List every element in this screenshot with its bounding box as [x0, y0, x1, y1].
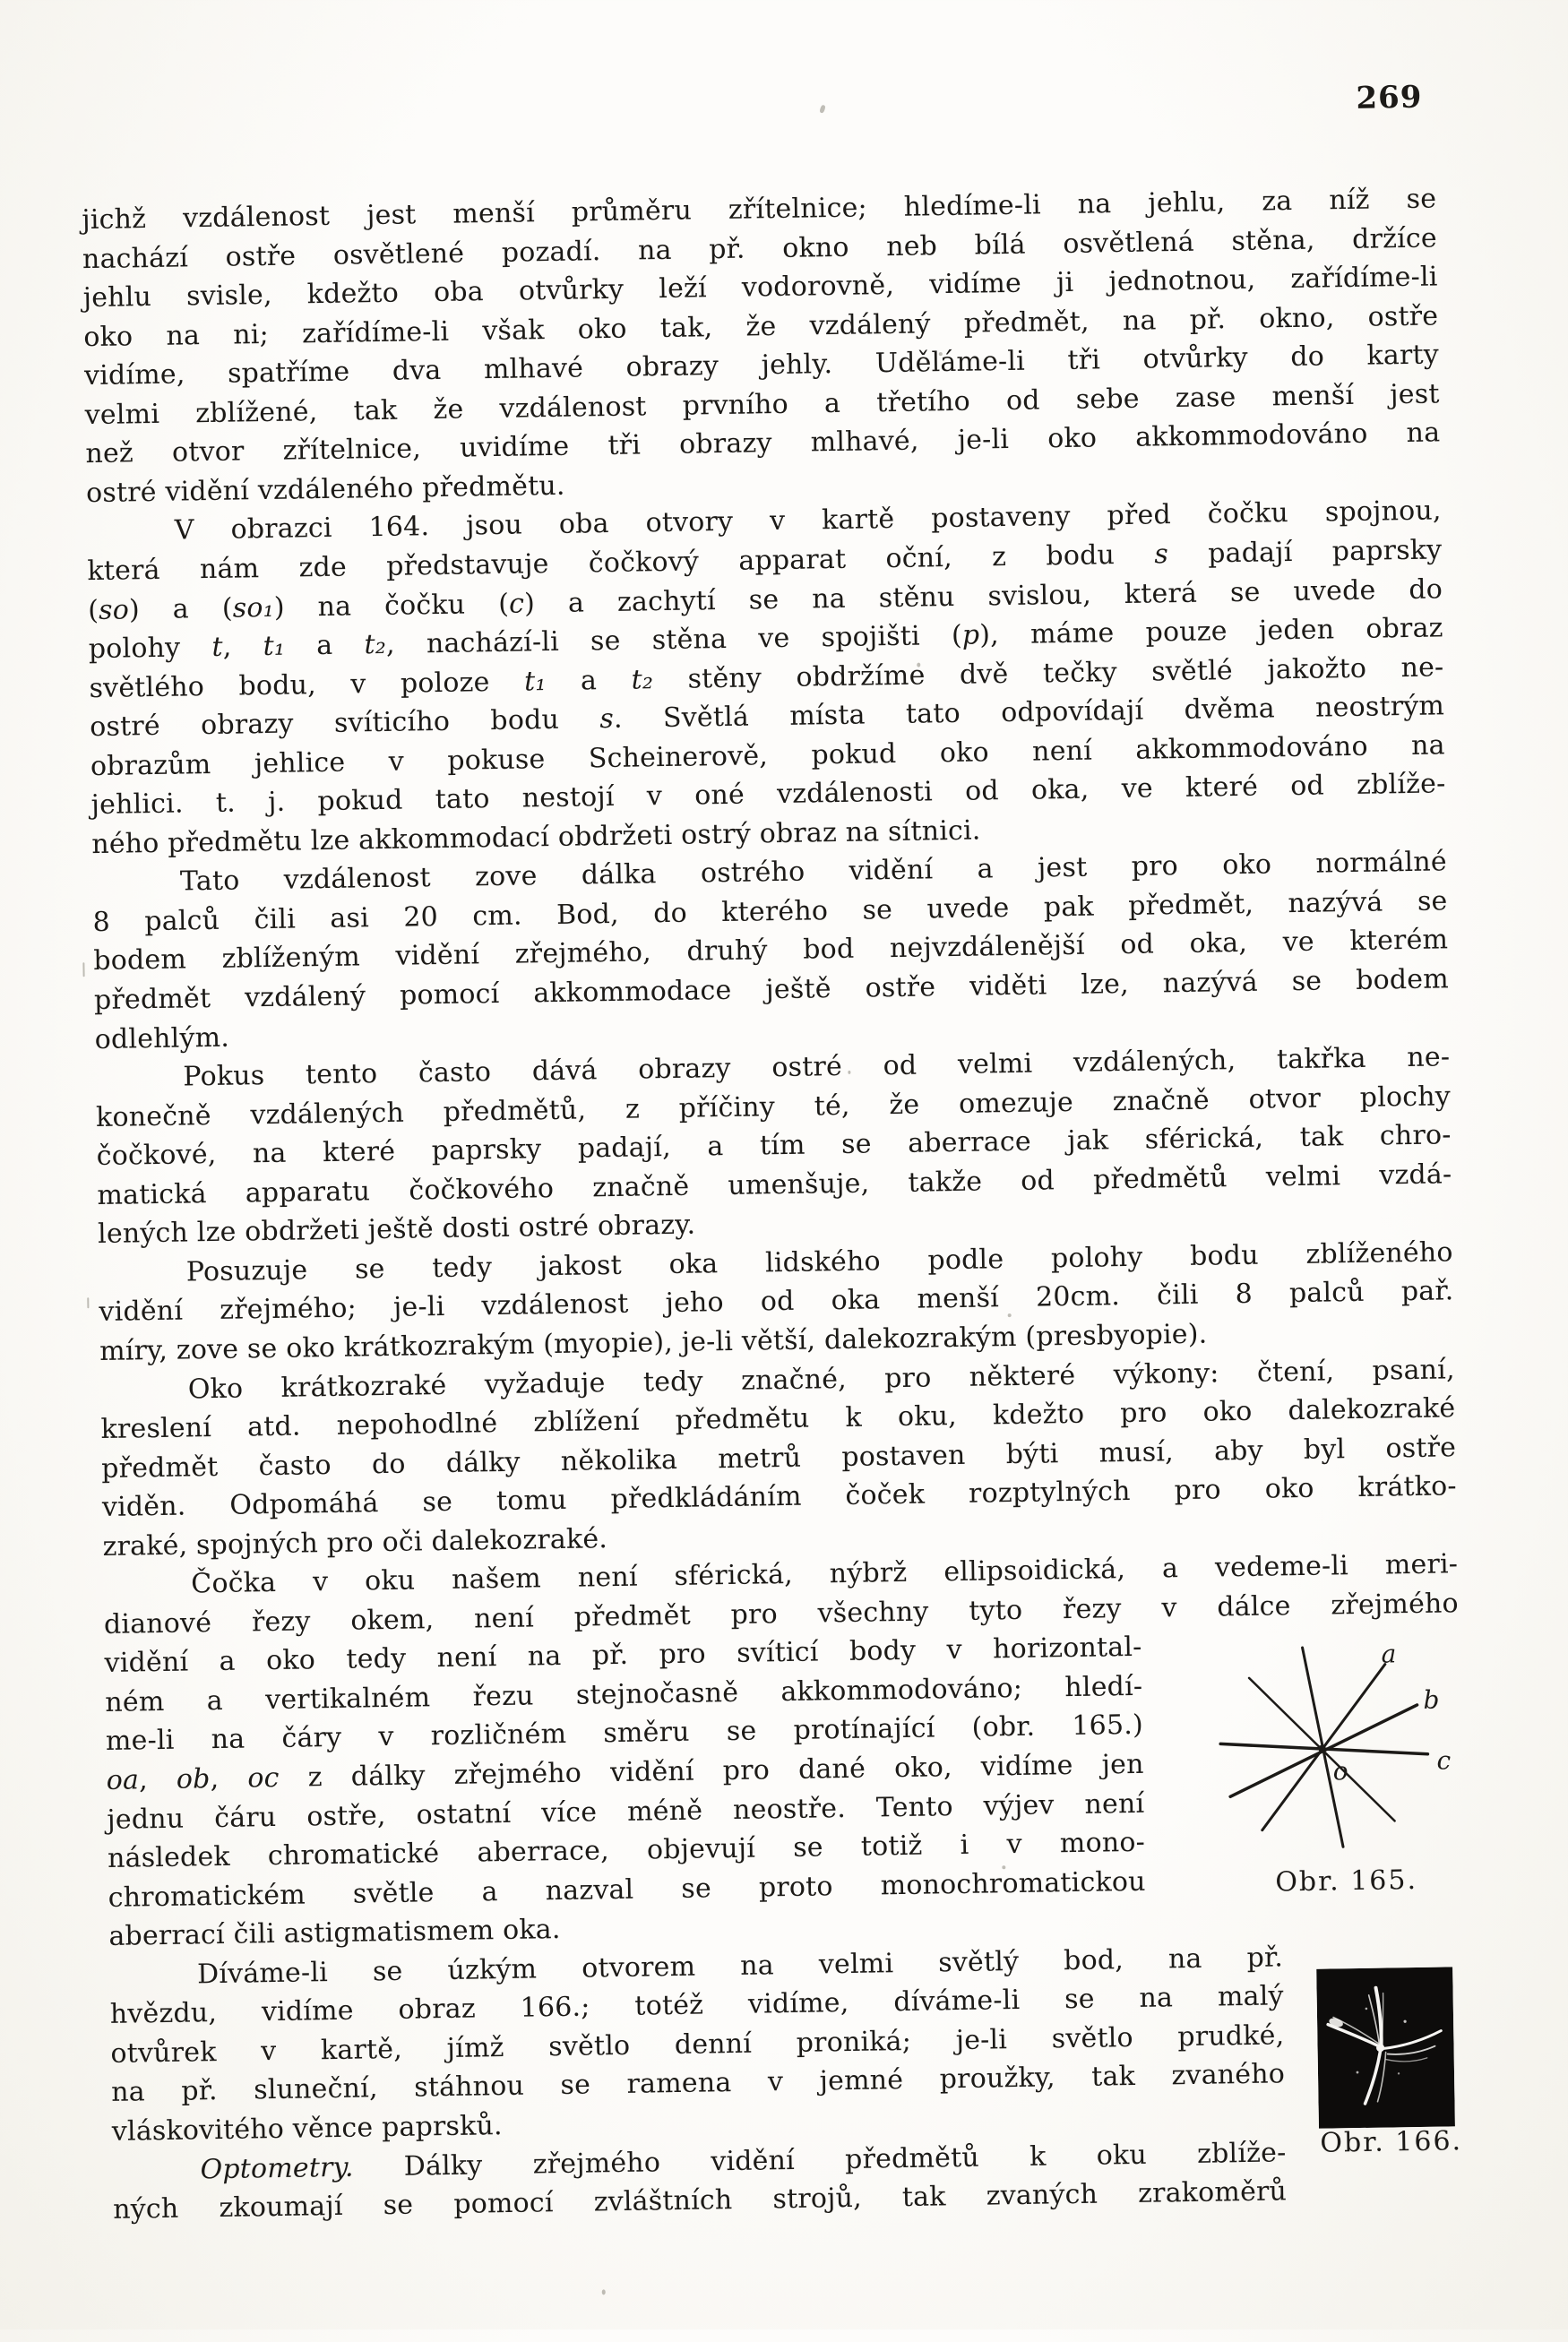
text-segment: ,: [210, 1762, 247, 1795]
book-page: 269 jichž vzdálenost jest menší průměru …: [0, 0, 1568, 2329]
figure-165-line-star: a b c o: [1159, 1633, 1512, 1863]
text-segment: ) a (: [129, 592, 233, 625]
italic-text-segment: t: [211, 632, 223, 663]
italic-text-segment: oa: [106, 1764, 139, 1796]
scan-speck: [819, 105, 826, 114]
italic-text-segment: t₁: [263, 631, 285, 662]
text-segment: a: [285, 629, 365, 661]
text-segment: , nachází-li se stěna ve spojišti (: [386, 620, 962, 660]
figure-165-label-a: a: [1381, 1639, 1396, 1668]
text-segment: ostré obrazy svíticího bodu: [90, 703, 600, 743]
text-segment: aberrací čili astigmatismem oka.: [108, 1914, 561, 1952]
text-segment: zraké, spojných pro oči dalekozraké.: [102, 1523, 607, 1563]
text-segment: ostré vidění vzdáleného předmětu.: [86, 470, 565, 509]
figure-165-label-b: b: [1423, 1685, 1439, 1715]
italic-text-segment: c: [509, 588, 525, 619]
text-segment: lených lze obdržeti ještě dosti ostré ob…: [98, 1210, 696, 1250]
scan-speck: [1002, 1865, 1005, 1869]
scan-speck: [87, 1297, 89, 1308]
figure-165-label-o: o: [1332, 1756, 1348, 1786]
scan-speck: [848, 1071, 850, 1074]
text-segment: ), máme pouze jeden obraz: [979, 612, 1443, 650]
text-segment: ) na čočku (: [274, 588, 510, 623]
figure-165-caption: Obr. 165.: [1270, 1864, 1423, 1899]
text-segment: odlehlým.: [94, 1021, 229, 1055]
figure-166-star-image: [1316, 1967, 1455, 2128]
text-segment: ,: [222, 631, 263, 663]
italic-text-segment: so₁: [232, 591, 274, 624]
text-segment: světlého bodu, v poloze: [89, 666, 524, 704]
page-number: 269: [1323, 80, 1423, 117]
scan-speck: [82, 962, 84, 977]
figure-165-label-c: c: [1436, 1745, 1452, 1775]
figure-166-caption: Obr. 166.: [1317, 2125, 1466, 2159]
text-segment: padají paprsky: [1168, 534, 1443, 570]
italic-text-segment: so: [99, 594, 129, 626]
italic-text-segment: oc: [247, 1762, 280, 1795]
text-segment: polohy: [89, 632, 212, 665]
scan-speck: [939, 352, 943, 356]
italic-text-segment: s: [599, 703, 614, 735]
text-segment: a: [546, 664, 632, 696]
scan-speck: [1008, 1313, 1012, 1317]
scan-speck: [917, 663, 920, 667]
italic-text-segment: t₁: [524, 666, 547, 697]
text-segment: ,: [139, 1764, 177, 1796]
text-segment: (: [88, 594, 99, 625]
italic-text-segment: s: [1154, 538, 1168, 570]
italic-text-segment: ob: [177, 1763, 211, 1795]
italic-text-segment: Optometry.: [200, 2151, 354, 2185]
scan-speck: [602, 2289, 606, 2295]
italic-text-segment: t₂: [631, 664, 653, 695]
body-text: jichž vzdálenost jest menší průměru zřít…: [0, 0, 1549, 13]
italic-text-segment: p: [962, 620, 980, 651]
italic-text-segment: t₂: [364, 629, 386, 660]
text-segment: vláskovitého věnce paprsků.: [112, 2110, 503, 2148]
